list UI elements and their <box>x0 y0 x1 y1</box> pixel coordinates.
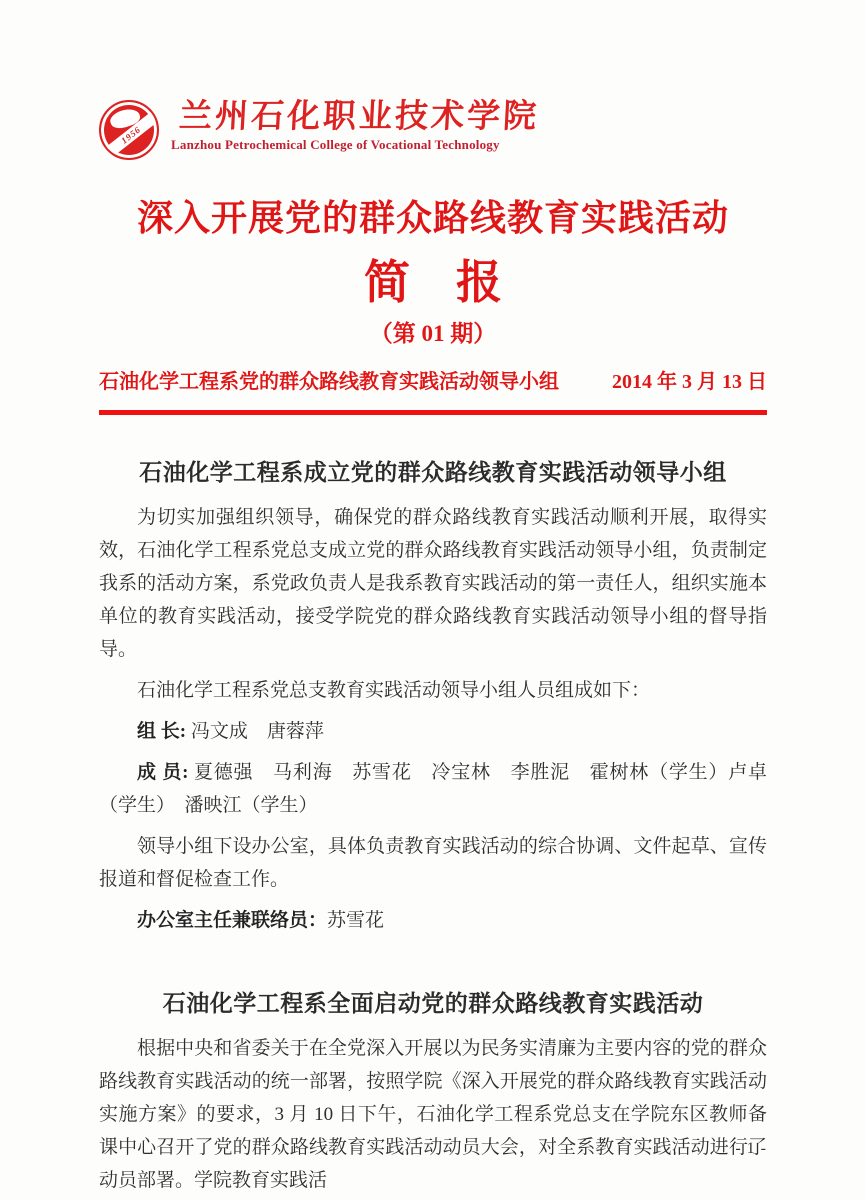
section-launch-activity: 石油化学工程系全面启动党的群众路线教育实践活动 根据中央和省委关于在全党深入开展… <box>99 989 767 1197</box>
college-logo: 1956 兰州石化职业技术学院 Lanzhou Petrochemical Co… <box>99 100 767 164</box>
masthead-issuer-row: 石油化学工程系党的群众路线教育实践活动领导小组 2014 年 3 月 13 日 <box>99 368 767 396</box>
issuer-name: 石油化学工程系党的群众路线教育实践活动领导小组 <box>99 368 559 396</box>
members-line: 成 员: 夏德强 马利海 苏雪花 冷宝林 李胜泥 霍树林（学生）卢卓（学生） 潘… <box>99 756 767 822</box>
issue-number: （第 01 期） <box>99 320 767 349</box>
college-name-english: Lanzhou Petrochemical College of Vocatio… <box>171 137 539 153</box>
bulletin-title: 简 报 <box>99 255 767 310</box>
section1-heading: 石油化学工程系成立党的群众路线教育实践活动领导小组 <box>99 458 767 488</box>
page-number: - 1 - <box>735 1140 767 1158</box>
document-page: 1956 兰州石化职业技术学院 Lanzhou Petrochemical Co… <box>0 0 866 1200</box>
section1-members-intro-paragraph: 石油化学工程系党总支教育实践活动领导小组人员组成如下： <box>99 674 767 707</box>
office-director-name: 苏雪花 <box>327 910 384 931</box>
activity-title: 深入开展党的群众路线教育实践活动 <box>99 194 767 243</box>
college-name: 兰州石化职业技术学院 <box>170 100 540 135</box>
red-divider-rule <box>99 410 767 415</box>
members-label: 成 员: <box>137 762 188 783</box>
members-names: 夏德强 马利海 苏雪花 冷宝林 李胜泥 霍树林（学生）卢卓（学生） 潘映江（学生… <box>99 762 767 816</box>
section2-paragraph: 根据中央和省委关于在全党深入开展以为民务实清廉为主要内容的党的群众路线教育实践活… <box>99 1032 767 1197</box>
college-emblem-icon: 1956 <box>99 100 159 160</box>
office-director-label: 办公室主任兼联络员： <box>137 910 327 931</box>
college-logo-text: 兰州石化职业技术学院 Lanzhou Petrochemical College… <box>171 100 539 153</box>
leader-line: 组 长: 冯文成 唐蓉萍 <box>99 715 767 748</box>
office-duties-paragraph: 领导小组下设办公室，具体负责教育实践活动的综合协调、文件起草、宣传报道和督促检查… <box>99 830 767 896</box>
section2-heading: 石油化学工程系全面启动党的群众路线教育实践活动 <box>99 989 767 1019</box>
leader-label: 组 长: <box>137 721 186 742</box>
section-leading-group: 石油化学工程系成立党的群众路线教育实践活动领导小组 为切实加强组织领导，确保党的… <box>99 458 767 937</box>
section1-intro-paragraph: 为切实加强组织领导，确保党的群众路线教育实践活动顺利开展，取得实效，石油化学工程… <box>99 501 767 666</box>
issue-date: 2014 年 3 月 13 日 <box>612 368 767 396</box>
leader-names: 冯文成 唐蓉萍 <box>191 721 324 742</box>
office-director-line: 办公室主任兼联络员：苏雪花 <box>99 904 767 937</box>
